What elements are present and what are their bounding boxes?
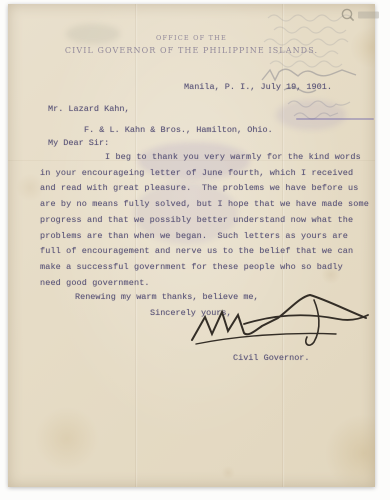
body-line: progress and that we possibly better und… bbox=[40, 213, 380, 229]
body-line: need good government. bbox=[40, 276, 380, 292]
body-line: and read with great pleasure. The proble… bbox=[40, 181, 380, 197]
dateline: Manila, P. I., July 19, 1901. bbox=[184, 82, 332, 92]
body-line: in your encourageing letter of June four… bbox=[40, 166, 380, 182]
letterhead-office-line: OFFICE OF THE bbox=[8, 34, 375, 42]
body-line: I beg to thank you very warmly for the k… bbox=[40, 150, 380, 166]
letter-body: I beg to thank you very warmly for the k… bbox=[40, 150, 380, 291]
bleedthrough-underline bbox=[296, 118, 374, 120]
magnifier-icon[interactable] bbox=[340, 7, 382, 25]
body-line: full of encouragement and nerve us to th… bbox=[40, 244, 380, 260]
recipient-address: F. & L. Kahn & Bros., Hamilton, Ohio. bbox=[84, 125, 273, 135]
taft-signature bbox=[186, 290, 376, 356]
letter-paper: OFFICE OF THE CIVIL GOVERNOR OF THE PHIL… bbox=[8, 4, 375, 487]
recipient-name: Mr. Lazard Kahn, bbox=[48, 104, 130, 114]
pencil-bleedthrough-handwriting bbox=[254, 6, 378, 136]
letterhead-governor-line: CIVIL GOVERNOR OF THE PHILIPPINE ISLANDS… bbox=[8, 46, 375, 55]
body-line: are by no means fully solved, but I hope… bbox=[40, 197, 380, 213]
salutation: My Dear Sir: bbox=[48, 138, 109, 148]
signature-title: Civil Governor. bbox=[233, 353, 310, 363]
body-line: make a successful government for these p… bbox=[40, 260, 380, 276]
ink-smudge bbox=[276, 100, 346, 130]
body-line: problems are than when we began. Such le… bbox=[40, 229, 380, 245]
